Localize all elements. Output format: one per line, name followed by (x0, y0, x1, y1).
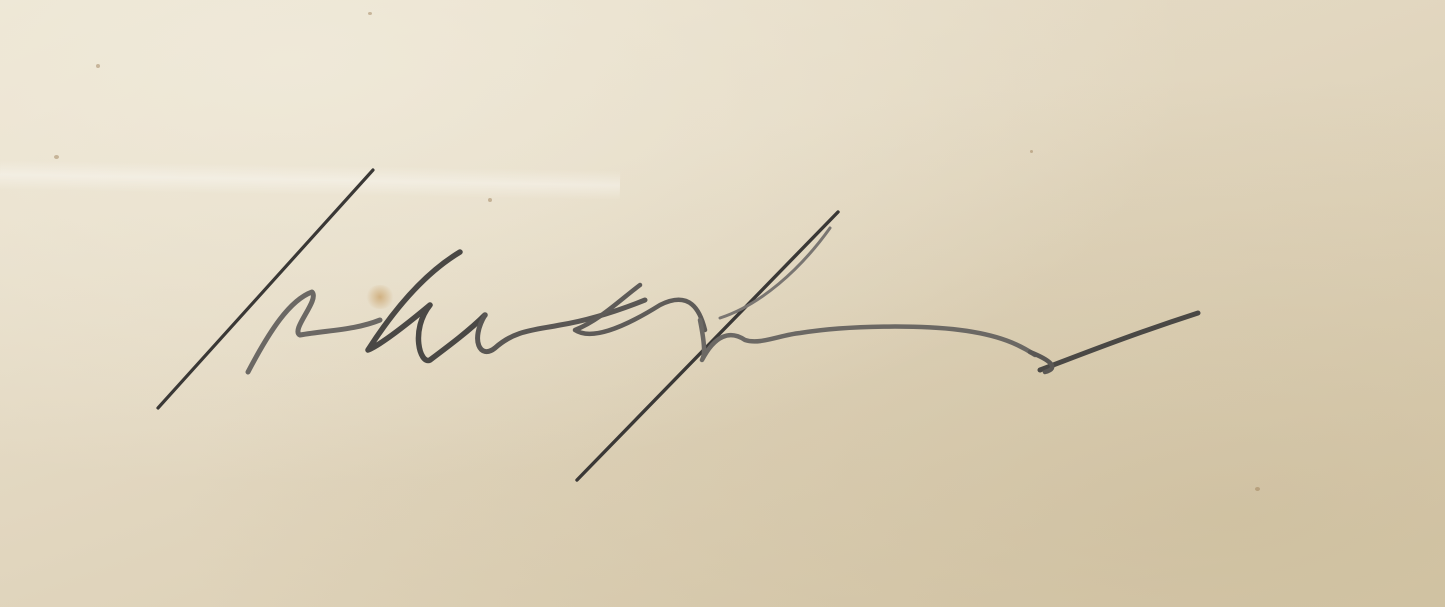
signature-last-name (575, 212, 1198, 480)
signature-first-name (158, 170, 645, 408)
signature (0, 0, 1445, 607)
paper-background (0, 0, 1445, 607)
